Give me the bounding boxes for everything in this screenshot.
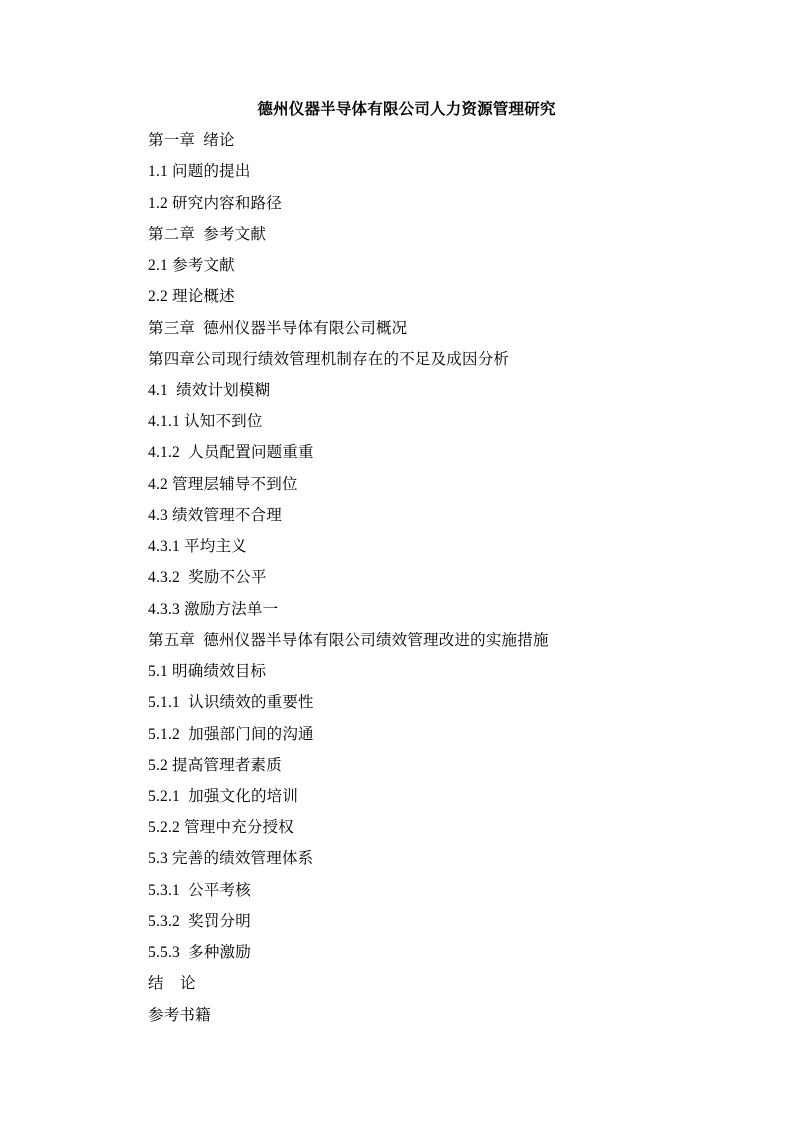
toc-line: 4.1.1 认知不到位 — [148, 406, 645, 437]
toc-line: 4.1 绩效计划模糊 — [148, 375, 645, 406]
toc-line: 4.3.2 奖励不公平 — [148, 563, 645, 594]
toc-line: 参考书籍 — [148, 1000, 645, 1031]
toc-line: 5.1 明确绩效目标 — [148, 656, 645, 687]
toc-line: 5.3.1 公平考核 — [148, 875, 645, 906]
toc-line: 第五章 德州仪器半导体有限公司绩效管理改进的实施措施 — [148, 625, 645, 656]
toc-line: 第三章 德州仪器半导体有限公司概况 — [148, 313, 645, 344]
toc-line: 4.1.2 人员配置问题重重 — [148, 438, 645, 469]
toc-line: 4.3 绩效管理不合理 — [148, 500, 645, 531]
toc-line: 1.2 研究内容和路径 — [148, 188, 645, 219]
document-title: 德州仪器半导体有限公司人力资源管理研究 — [148, 94, 645, 125]
toc-line: 第一章 绪论 — [148, 125, 645, 156]
toc-line: 5.2 提高管理者素质 — [148, 750, 645, 781]
toc-line: 2.2 理论概述 — [148, 281, 645, 312]
toc-line: 4.2 管理层辅导不到位 — [148, 469, 645, 500]
toc-line: 5.3 完善的绩效管理体系 — [148, 844, 645, 875]
toc-line: 1.1 问题的提出 — [148, 156, 645, 187]
toc-line: 5.3.2 奖罚分明 — [148, 906, 645, 937]
toc-line: 2.1 参考文献 — [148, 250, 645, 281]
toc-line: 5.5.3 多种激励 — [148, 937, 645, 968]
toc-line: 5.2.1 加强文化的培训 — [148, 781, 645, 812]
toc-line: 4.3.3 激励方法单一 — [148, 594, 645, 625]
toc-line: 第四章公司现行绩效管理机制存在的不足及成因分析 — [148, 344, 645, 375]
toc-line: 第二章 参考文献 — [148, 219, 645, 250]
toc-line: 5.1.2 加强部门间的沟通 — [148, 719, 645, 750]
document-page: 德州仪器半导体有限公司人力资源管理研究 第一章 绪论 1.1 问题的提出 1.2… — [0, 0, 793, 1122]
document-content: 德州仪器半导体有限公司人力资源管理研究 第一章 绪论 1.1 问题的提出 1.2… — [148, 94, 645, 1031]
toc-line: 5.2.2 管理中充分授权 — [148, 812, 645, 843]
toc-line: 5.1.1 认识绩效的重要性 — [148, 687, 645, 718]
toc-line: 结 论 — [148, 969, 645, 1000]
toc-line: 4.3.1 平均主义 — [148, 531, 645, 562]
